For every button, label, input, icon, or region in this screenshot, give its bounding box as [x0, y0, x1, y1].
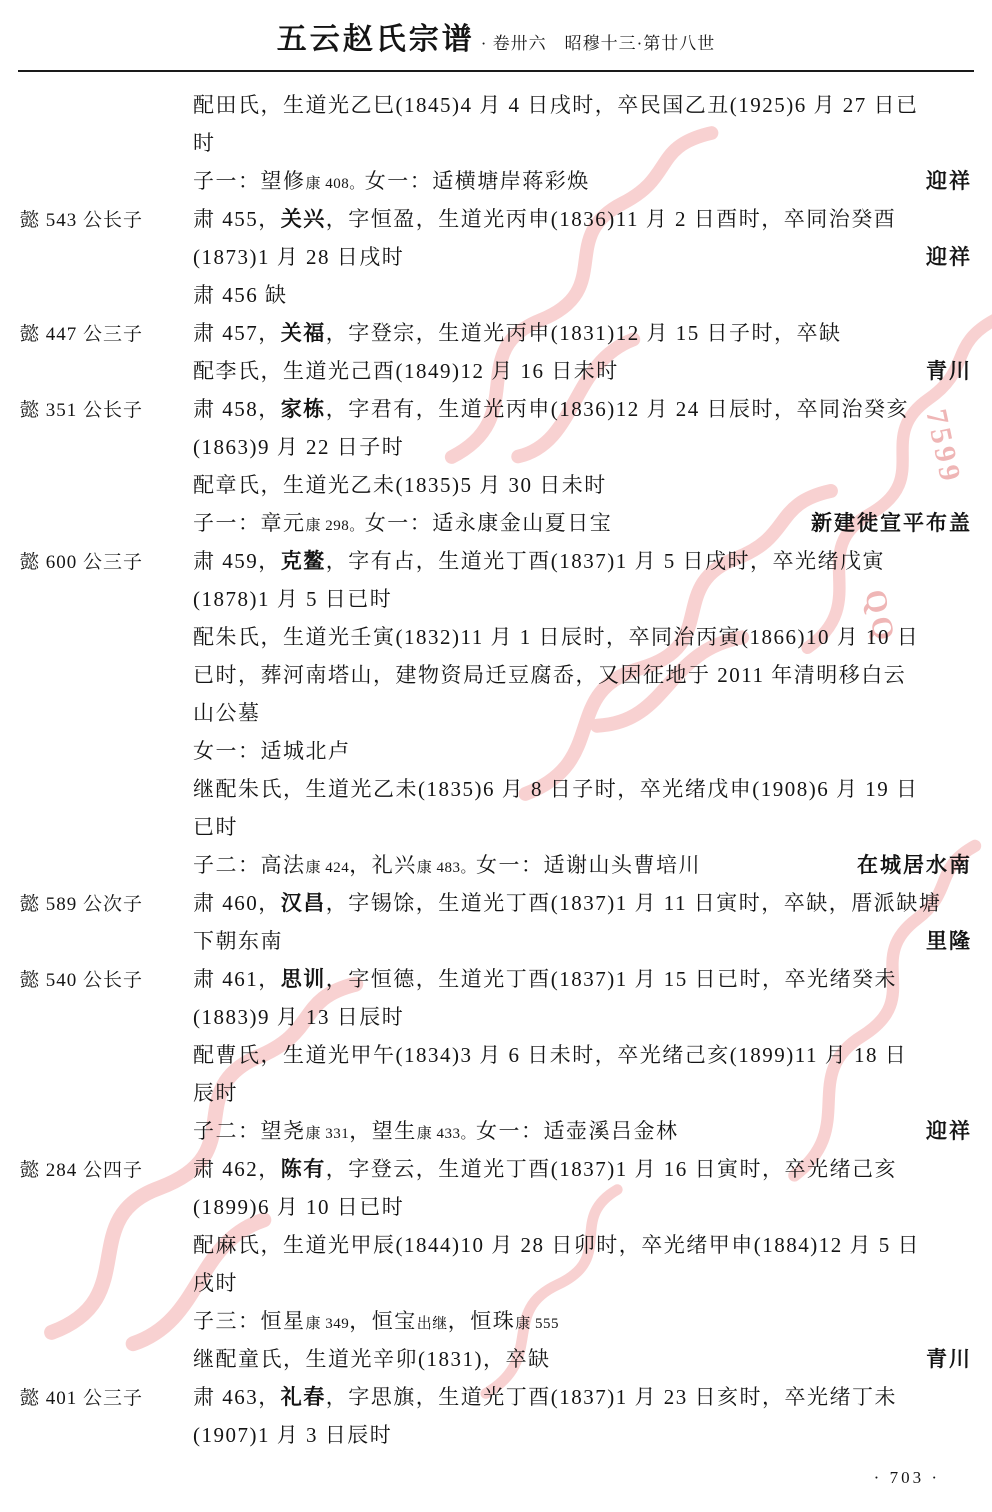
text-segment: 继配朱氏，生道光乙未(1835)6 月 8 日子时，卒光绪戊申(1908)6 月…: [193, 777, 918, 801]
place-annotation: 迎祥: [926, 238, 992, 276]
entry-text: 肃 456 缺: [193, 276, 972, 314]
text-segment: 出继: [417, 1316, 448, 1332]
text-segment: 子三：恒星: [193, 1309, 306, 1333]
table-row: 下朝东南里隆: [0, 922, 992, 960]
text-segment: 配章氏，生道光乙未(1835)5 月 30 日未时: [193, 473, 607, 497]
table-row: 肃 456 缺: [0, 276, 992, 314]
text-segment: 配田氏，生道光乙巳(1845)4 月 4 日戌时，卒民国乙丑(1925)6 月 …: [193, 93, 918, 117]
text-segment: 肃 459，: [193, 549, 281, 573]
place-annotation: 在城居水南: [857, 846, 992, 884]
text-segment: 礼春: [281, 1385, 326, 1409]
table-row: 配麻氏，生道光甲辰(1844)10 月 28 日卯时，卒光绪甲申(1884)12…: [0, 1226, 992, 1264]
entry-text: 已时: [193, 808, 972, 846]
entry-text: 肃 460，汉昌，字锡馀，生道光丁酉(1837)1 月 11 日寅时，卒缺，厝派…: [193, 884, 972, 922]
text-segment: 女一：适永康金山夏日宝: [365, 511, 613, 535]
page-header: 五云赵氏宗谱· 卷卅六 昭穆十三·第廿八世: [0, 0, 992, 58]
entry-text: 戌时: [193, 1264, 972, 1302]
place-annotation: 里隆: [926, 922, 992, 960]
text-segment: 配李氏，生道光己酉(1849)12 月 16 日未时: [193, 359, 619, 383]
text-segment: 康 483。: [417, 860, 476, 876]
table-row: 继配朱氏，生道光乙未(1835)6 月 8 日子时，卒光绪戊申(1908)6 月…: [0, 770, 992, 808]
text-segment: 克鳌: [281, 549, 326, 573]
entry-text: 肃 462，陈有，字登云，生道光丁酉(1837)1 月 16 日寅时，卒光绪己亥: [193, 1150, 972, 1188]
text-segment: 女一：适城北卢: [193, 739, 351, 763]
table-row: 戌时: [0, 1264, 992, 1302]
text-segment: ，礼兴: [349, 853, 417, 877]
entry-text: 配章氏，生道光乙未(1835)5 月 30 日未时: [193, 466, 972, 504]
text-segment: 配朱氏，生道光壬寅(1832)11 月 1 日辰时，卒同治丙寅(1866)10 …: [193, 625, 919, 649]
table-row: (1873)1 月 28 日戌时迎祥: [0, 238, 992, 276]
text-segment: 关福: [281, 321, 326, 345]
genealogy-page: QQ 7599 五云赵氏宗谱· 卷卅六 昭穆十三·第廿八世 配田氏，生道光乙巳(…: [0, 0, 992, 1512]
text-segment: ，字恒盈，生道光丙申(1836)11 月 2 日酉时，卒同治癸酉: [326, 207, 896, 231]
text-segment: 康 424: [306, 860, 350, 876]
table-row: 懿 543 公长子肃 455，关兴，字恒盈，生道光丙申(1836)11 月 2 …: [0, 200, 992, 238]
header-divider: [18, 70, 974, 72]
generation-label: 懿 589 公次子: [0, 886, 193, 924]
text-segment: 山公墓: [193, 701, 261, 725]
table-row: 子一：章元康 298。女一：适永康金山夏日宝新建徙宣平布盖: [0, 504, 992, 542]
text-segment: ，字登宗，生道光丙申(1831)12 月 15 日子时，卒缺: [326, 321, 842, 345]
text-segment: ，字有占，生道光丁酉(1837)1 月 5 日戌时，卒光绪戊寅: [326, 549, 885, 573]
text-segment: 关兴: [281, 207, 326, 231]
table-row: 配朱氏，生道光壬寅(1832)11 月 1 日辰时，卒同治丙寅(1866)10 …: [0, 618, 992, 656]
entry-text: 子三：恒星康 349，恒宝出继，恒珠康 555: [193, 1302, 972, 1343]
page-number: · 703 ·: [874, 1468, 940, 1488]
text-segment: 已时: [193, 815, 238, 839]
entry-text: 肃 461，思训，字恒德，生道光丁酉(1837)1 月 15 日已时，卒光绪癸未: [193, 960, 972, 998]
entry-text: 女一：适城北卢: [193, 732, 972, 770]
text-segment: 戌时: [193, 1271, 238, 1295]
entry-text: 继配童氏，生道光辛卯(1831)，卒缺: [193, 1340, 926, 1378]
text-segment: ，字君有，生道光丙申(1836)12 月 24 日辰时，卒同治癸亥: [326, 397, 909, 421]
entry-text: 配李氏，生道光己酉(1849)12 月 16 日未时: [193, 352, 926, 390]
place-annotation: 青川: [926, 352, 992, 390]
entry-text: 配田氏，生道光乙巳(1845)4 月 4 日戌时，卒民国乙丑(1925)6 月 …: [193, 86, 972, 124]
text-segment: 康 408。: [306, 176, 365, 192]
entry-text: 配麻氏，生道光甲辰(1844)10 月 28 日卯时，卒光绪甲申(1884)12…: [193, 1226, 972, 1264]
text-segment: 陈有: [281, 1157, 326, 1181]
entry-text: 继配朱氏，生道光乙未(1835)6 月 8 日子时，卒光绪戊申(1908)6 月…: [193, 770, 972, 808]
place-annotation: 青川: [926, 1340, 992, 1378]
text-segment: 康 555: [515, 1316, 559, 1332]
entry-text: 肃 458，家栋，字君有，生道光丙申(1836)12 月 24 日辰时，卒同治癸…: [193, 390, 972, 428]
entry-text: 肃 455，关兴，字恒盈，生道光丙申(1836)11 月 2 日酉时，卒同治癸酉: [193, 200, 972, 238]
table-row: (1878)1 月 5 日已时: [0, 580, 992, 618]
text-segment: 子一：望修: [193, 169, 306, 193]
table-row: 懿 351 公长子肃 458，家栋，字君有，生道光丙申(1836)12 月 24…: [0, 390, 992, 428]
table-row: 子一：望修康 408。女一：适横塘岸蒋彩焕迎祥: [0, 162, 992, 200]
entry-text: 子一：章元康 298。女一：适永康金山夏日宝: [193, 504, 811, 545]
table-row: 已时，葬河南塔山，建物资局迁豆腐岙，又因征地于 2011 年清明移白云: [0, 656, 992, 694]
table-row: 配章氏，生道光乙未(1835)5 月 30 日未时: [0, 466, 992, 504]
table-row: (1863)9 月 22 日子时: [0, 428, 992, 466]
entry-text: 子二：望尧康 331，望生康 433。女一：适壶溪吕金林: [193, 1112, 926, 1153]
table-row: 配田氏，生道光乙巳(1845)4 月 4 日戌时，卒民国乙丑(1925)6 月 …: [0, 86, 992, 124]
table-row: 懿 540 公长子肃 461，思训，字恒德，生道光丁酉(1837)1 月 15 …: [0, 960, 992, 998]
generation-label: 懿 447 公三子: [0, 316, 193, 354]
book-title: 五云赵氏宗谱: [277, 23, 475, 56]
text-segment: (1878)1 月 5 日已时: [193, 587, 392, 611]
text-segment: 子二：高法: [193, 853, 306, 877]
text-segment: 肃 460，: [193, 891, 281, 915]
entry-text: (1878)1 月 5 日已时: [193, 580, 972, 618]
text-segment: 思训: [281, 967, 326, 991]
text-segment: 配曹氏，生道光甲午(1834)3 月 6 日未时，卒光绪己亥(1899)11 月…: [193, 1043, 907, 1067]
text-segment: (1883)9 月 13 日辰时: [193, 1005, 404, 1029]
text-segment: 已时，葬河南塔山，建物资局迁豆腐岙，又因征地于 2011 年清明移白云: [193, 663, 906, 687]
text-segment: 肃 455，: [193, 207, 281, 231]
entry-text: 山公墓: [193, 694, 972, 732]
table-row: 女一：适城北卢: [0, 732, 992, 770]
table-row: 懿 600 公三子肃 459，克鳌，字有占，生道光丁酉(1837)1 月 5 日…: [0, 542, 992, 580]
text-segment: 子一：章元: [193, 511, 306, 535]
generation-label: 懿 351 公长子: [0, 392, 193, 430]
text-segment: (1899)6 月 10 日已时: [193, 1195, 404, 1219]
table-row: 子三：恒星康 349，恒宝出继，恒珠康 555: [0, 1302, 992, 1340]
table-row: 子二：望尧康 331，望生康 433。女一：适壶溪吕金林迎祥: [0, 1112, 992, 1150]
text-segment: ，字登云，生道光丁酉(1837)1 月 16 日寅时，卒光绪己亥: [326, 1157, 897, 1181]
text-segment: 康 298。: [306, 518, 365, 534]
table-row: (1899)6 月 10 日已时: [0, 1188, 992, 1226]
entry-text: 子二：高法康 424，礼兴康 483。女一：适谢山头曹培川: [193, 846, 857, 887]
place-annotation: 迎祥: [926, 1112, 992, 1150]
table-row: 子二：高法康 424，礼兴康 483。女一：适谢山头曹培川在城居水南: [0, 846, 992, 884]
text-segment: 汉昌: [281, 891, 326, 915]
genealogy-lines: 配田氏，生道光乙巳(1845)4 月 4 日戌时，卒民国乙丑(1925)6 月 …: [0, 86, 992, 1454]
text-segment: 辰时: [193, 1081, 238, 1105]
table-row: 山公墓: [0, 694, 992, 732]
text-segment: 肃 457，: [193, 321, 281, 345]
text-segment: 家栋: [281, 397, 326, 421]
generation-label: 懿 284 公四子: [0, 1152, 193, 1190]
table-row: 懿 401 公三子肃 463，礼春，字思旗，生道光丁酉(1837)1 月 23 …: [0, 1378, 992, 1416]
table-row: 配曹氏，生道光甲午(1834)3 月 6 日未时，卒光绪己亥(1899)11 月…: [0, 1036, 992, 1074]
table-row: 配李氏，生道光己酉(1849)12 月 16 日未时青川: [0, 352, 992, 390]
text-segment: 康 433。: [417, 1126, 476, 1142]
place-annotation: 迎祥: [926, 162, 992, 200]
text-segment: 肃 456 缺: [193, 283, 288, 307]
entry-text: 配曹氏，生道光甲午(1834)3 月 6 日未时，卒光绪己亥(1899)11 月…: [193, 1036, 972, 1074]
table-row: 懿 589 公次子肃 460，汉昌，字锡馀，生道光丁酉(1837)1 月 11 …: [0, 884, 992, 922]
text-segment: 下朝东南: [193, 929, 283, 953]
text-segment: (1907)1 月 3 日辰时: [193, 1423, 392, 1447]
text-segment: ，字思旗，生道光丁酉(1837)1 月 23 日亥时，卒光绪丁未: [326, 1385, 897, 1409]
text-segment: (1873)1 月 28 日戌时: [193, 245, 404, 269]
text-segment: 肃 462，: [193, 1157, 281, 1181]
text-segment: 肃 458，: [193, 397, 281, 421]
table-row: (1883)9 月 13 日辰时: [0, 998, 992, 1036]
text-segment: 康 331: [306, 1126, 350, 1142]
text-segment: 康 349: [306, 1316, 350, 1332]
text-segment: ，字恒德，生道光丁酉(1837)1 月 15 日已时，卒光绪癸未: [326, 967, 897, 991]
volume-subtitle: · 卷卅六 昭穆十三·第廿八世: [481, 34, 716, 53]
table-row: (1907)1 月 3 日辰时: [0, 1416, 992, 1454]
text-segment: 继配童氏，生道光辛卯(1831)，卒缺: [193, 1347, 551, 1371]
text-segment: (1863)9 月 22 日子时: [193, 435, 404, 459]
place-annotation: 新建徙宣平布盖: [811, 504, 992, 542]
text-segment: 时: [193, 131, 216, 155]
entry-text: 子一：望修康 408。女一：适横塘岸蒋彩焕: [193, 162, 926, 203]
table-row: 懿 284 公四子肃 462，陈有，字登云，生道光丁酉(1837)1 月 16 …: [0, 1150, 992, 1188]
entry-text: 肃 459，克鳌，字有占，生道光丁酉(1837)1 月 5 日戌时，卒光绪戊寅: [193, 542, 972, 580]
generation-label: 懿 401 公三子: [0, 1380, 193, 1418]
entry-text: 已时，葬河南塔山，建物资局迁豆腐岙，又因征地于 2011 年清明移白云: [193, 656, 972, 694]
entry-text: (1907)1 月 3 日辰时: [193, 1416, 972, 1454]
entry-text: 配朱氏，生道光壬寅(1832)11 月 1 日辰时，卒同治丙寅(1866)10 …: [193, 618, 972, 656]
entry-text: (1899)6 月 10 日已时: [193, 1188, 972, 1226]
generation-label: 懿 543 公长子: [0, 202, 193, 240]
text-segment: ，恒珠: [448, 1309, 516, 1333]
text-segment: 子二：望尧: [193, 1119, 306, 1143]
text-segment: ，望生: [349, 1119, 417, 1143]
table-row: 时: [0, 124, 992, 162]
text-segment: 肃 463，: [193, 1385, 281, 1409]
text-segment: ，恒宝: [349, 1309, 417, 1333]
table-row: 继配童氏，生道光辛卯(1831)，卒缺青川: [0, 1340, 992, 1378]
text-segment: 女一：适谢山头曹培川: [476, 853, 701, 877]
text-segment: 女一：适壶溪吕金林: [476, 1119, 679, 1143]
generation-label: 懿 540 公长子: [0, 962, 193, 1000]
table-row: 懿 447 公三子肃 457，关福，字登宗，生道光丙申(1831)12 月 15…: [0, 314, 992, 352]
entry-text: 辰时: [193, 1074, 972, 1112]
entry-text: 下朝东南: [193, 922, 926, 960]
entry-text: 肃 463，礼春，字思旗，生道光丁酉(1837)1 月 23 日亥时，卒光绪丁未: [193, 1378, 972, 1416]
table-row: 辰时: [0, 1074, 992, 1112]
generation-label: 懿 600 公三子: [0, 544, 193, 582]
entry-text: 肃 457，关福，字登宗，生道光丙申(1831)12 月 15 日子时，卒缺: [193, 314, 972, 352]
entry-text: (1873)1 月 28 日戌时: [193, 238, 926, 276]
text-segment: 配麻氏，生道光甲辰(1844)10 月 28 日卯时，卒光绪甲申(1884)12…: [193, 1233, 920, 1257]
entry-text: (1863)9 月 22 日子时: [193, 428, 972, 466]
text-segment: 肃 461，: [193, 967, 281, 991]
table-row: 已时: [0, 808, 992, 846]
entry-text: 时: [193, 124, 972, 162]
entry-text: (1883)9 月 13 日辰时: [193, 998, 972, 1036]
text-segment: ，字锡馀，生道光丁酉(1837)1 月 11 日寅时，卒缺，厝派缺塘: [326, 891, 941, 915]
text-segment: 女一：适横塘岸蒋彩焕: [365, 169, 590, 193]
